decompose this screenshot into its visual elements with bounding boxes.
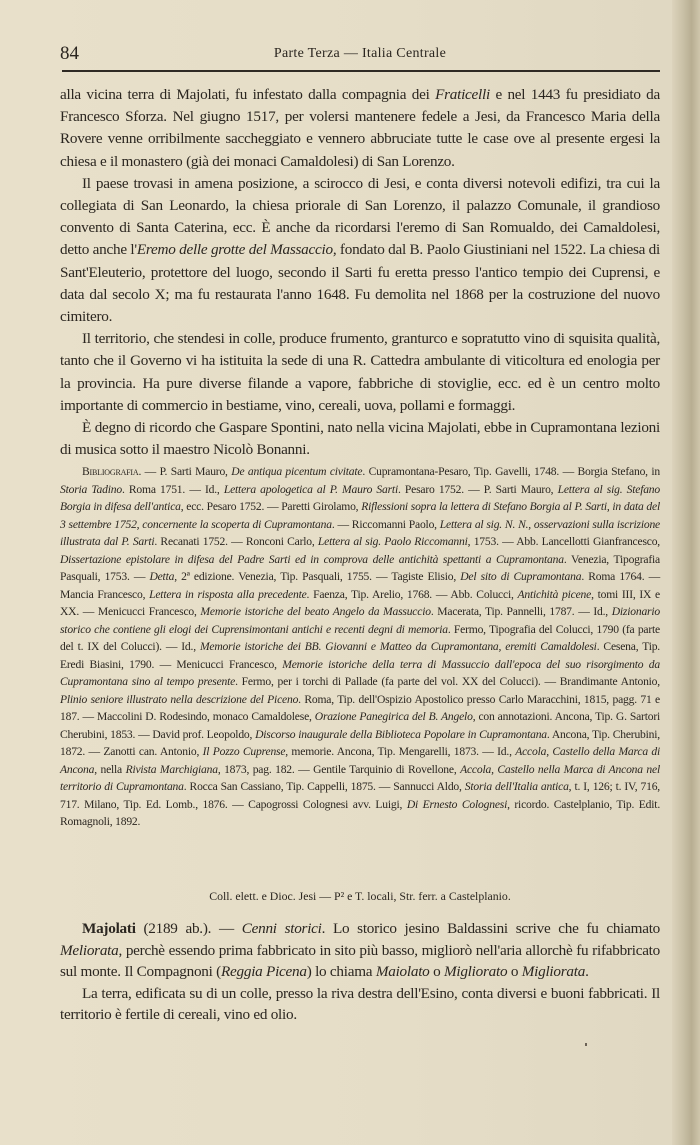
bibliography-footer: Coll. elett. e Dioc. Jesi — P² e T. loca… <box>60 888 660 905</box>
paragraph: Majolati (2189 ab.). — Cenni storici. Lo… <box>60 918 660 983</box>
entry-population: (2189 ab.). — <box>136 920 242 937</box>
scan-speck <box>585 1043 587 1046</box>
running-title: Parte Terza — Italia Centrale <box>60 46 660 62</box>
paragraph: Il paese trovasi in amena posizione, a s… <box>60 173 660 328</box>
bibliography-paragraph: Bibliografia. — P. Sarti Mauro, De antiq… <box>60 463 660 831</box>
page-edge <box>672 0 700 1145</box>
paragraph: Il territorio, che stendesi in colle, pr… <box>60 328 660 417</box>
page-header: 84 Parte Terza — Italia Centrale <box>60 44 660 64</box>
majolati-entry: Majolati (2189 ab.). — Cenni storici. Lo… <box>60 918 660 1026</box>
cupramontana-text: alla vicina terra di Majolati, fu infest… <box>60 84 660 461</box>
entry-title: Majolati <box>82 920 136 937</box>
paragraph: alla vicina terra di Majolati, fu infest… <box>60 84 660 173</box>
header-rule <box>62 70 660 72</box>
paragraph: È degno di ricordo che Gaspare Spontini,… <box>60 417 660 461</box>
bibliography-label: Bibliografia. <box>82 465 141 478</box>
bibliography-entries: — P. Sarti Mauro, De antiqua picentum ci… <box>60 465 660 828</box>
bibliography: Bibliografia. — P. Sarti Mauro, De antiq… <box>60 463 660 831</box>
paragraph: La terra, edificata su di un colle, pres… <box>60 983 660 1026</box>
book-page: 84 Parte Terza — Italia Centrale alla vi… <box>0 0 672 1145</box>
